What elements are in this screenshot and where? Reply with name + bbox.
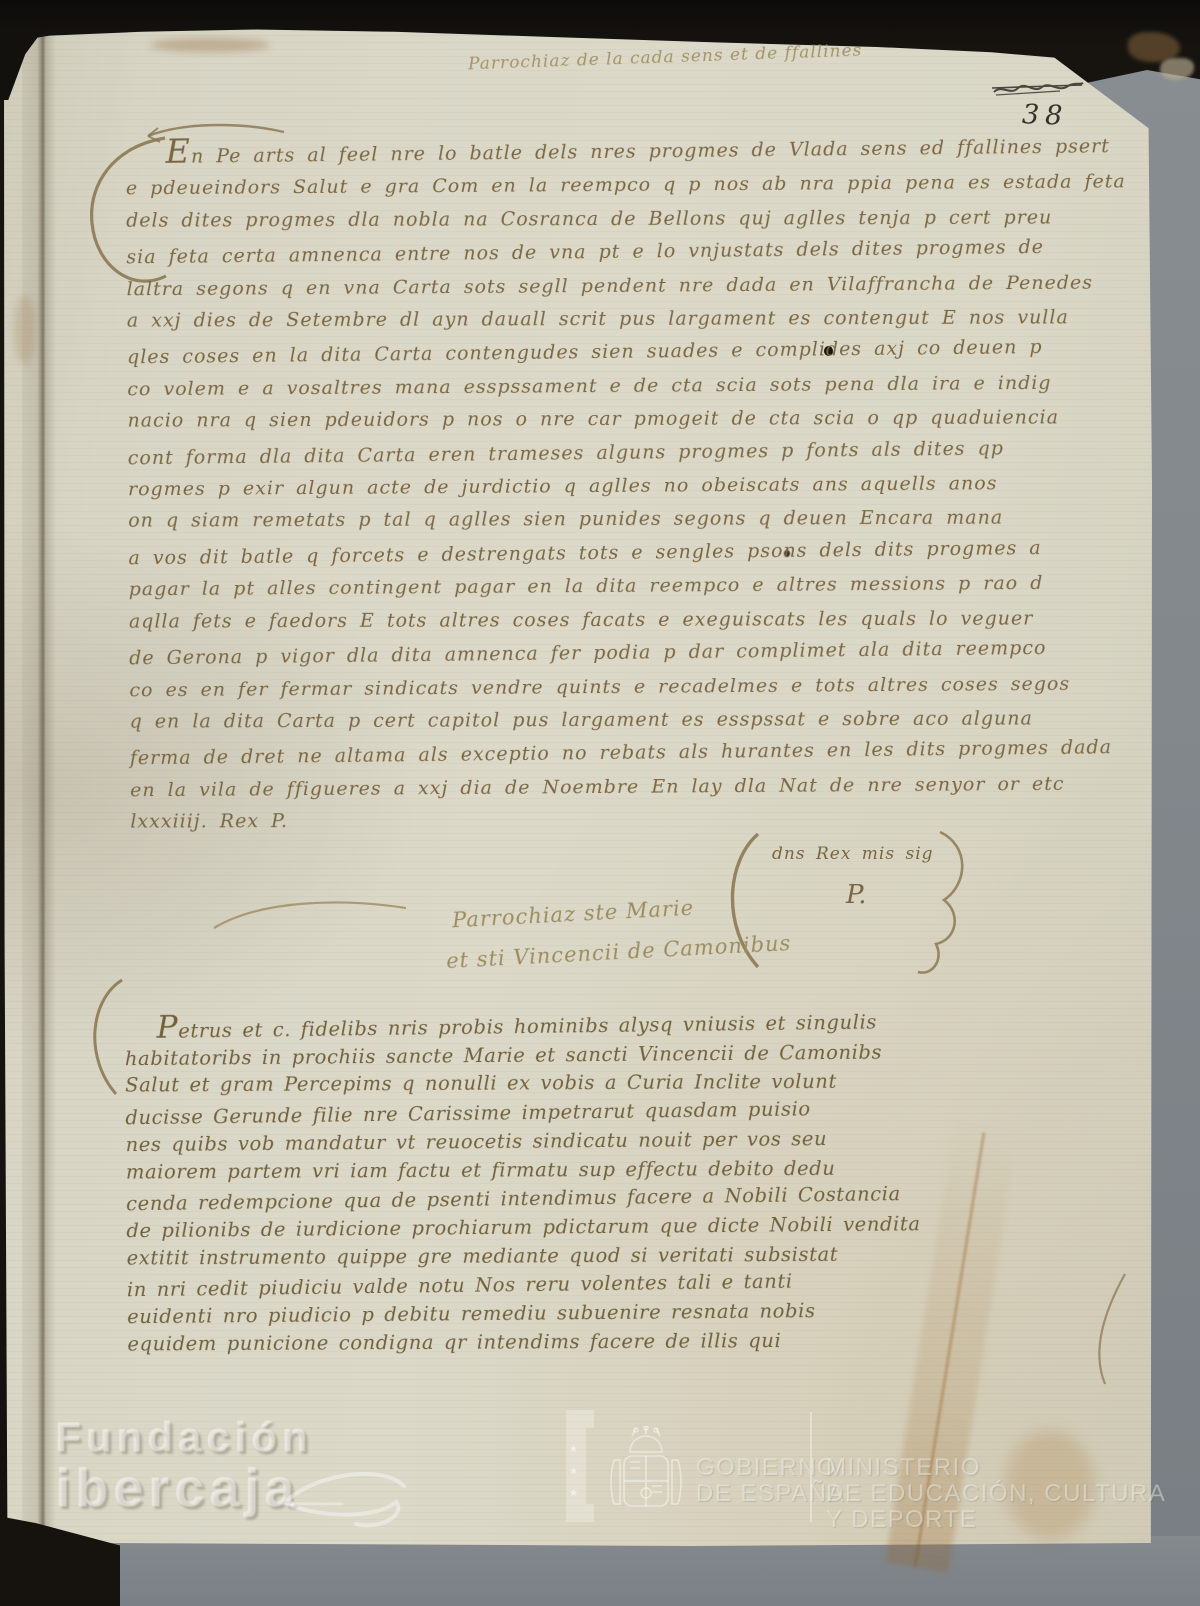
backdrop-board-bottom bbox=[106, 1536, 1200, 1606]
eu-star-icon: ★ bbox=[569, 1488, 578, 1499]
gobierno-watermark-line1: GOBIERNO bbox=[696, 1455, 845, 1481]
watermark-divider bbox=[810, 1412, 812, 1522]
royal-signature-initial: P. bbox=[846, 880, 867, 910]
gobierno-watermark-line2: DE ESPAÑA bbox=[696, 1481, 845, 1507]
crossed-out-scribble bbox=[990, 76, 1086, 100]
paper-stain bbox=[150, 38, 270, 52]
ibercaja-watermark: Fundación ibercaja bbox=[56, 1414, 313, 1520]
folio-number: 38 bbox=[1021, 99, 1068, 132]
manuscript-line: lxxxiiij. Rex P. bbox=[130, 802, 1060, 839]
ibercaja-watermark-line2: ibercaja bbox=[56, 1458, 313, 1520]
paper-stain bbox=[14, 295, 36, 365]
royal-signature-note: dns Rex mis sig bbox=[772, 844, 934, 864]
ministerio-watermark-line3: Y DEPORTE bbox=[826, 1507, 1166, 1533]
manuscript-scan: Parrochiaz de la cada sens et de ffallin… bbox=[0, 0, 1200, 1606]
ministerio-watermark-line2: DE EDUCACIÓN, CULTURA bbox=[826, 1481, 1166, 1507]
binding-gutter-shadow bbox=[22, 28, 56, 1546]
torn-corner-debris bbox=[1160, 58, 1194, 80]
gobierno-watermark: GOBIERNO DE ESPAÑA bbox=[696, 1455, 845, 1507]
eu-star-icon: ★ bbox=[569, 1466, 578, 1477]
text-block-latin: Petrus et c. fidelibs nris probis homini… bbox=[125, 1006, 1078, 1361]
ministerio-watermark: MINISTERIO DE EDUCACIÓN, CULTURA Y DEPOR… bbox=[826, 1455, 1166, 1533]
ministerio-watermark-line1: MINISTERIO bbox=[826, 1455, 1166, 1481]
manuscript-line: equidem punicione condigna qr intendims … bbox=[127, 1325, 1077, 1359]
ibercaja-watermark-line1: Fundación bbox=[56, 1414, 313, 1462]
eu-star-icon: ★ bbox=[569, 1444, 578, 1455]
text-block-catalan: En Pe arts al feel nre lo batle dels nre… bbox=[126, 131, 1061, 841]
